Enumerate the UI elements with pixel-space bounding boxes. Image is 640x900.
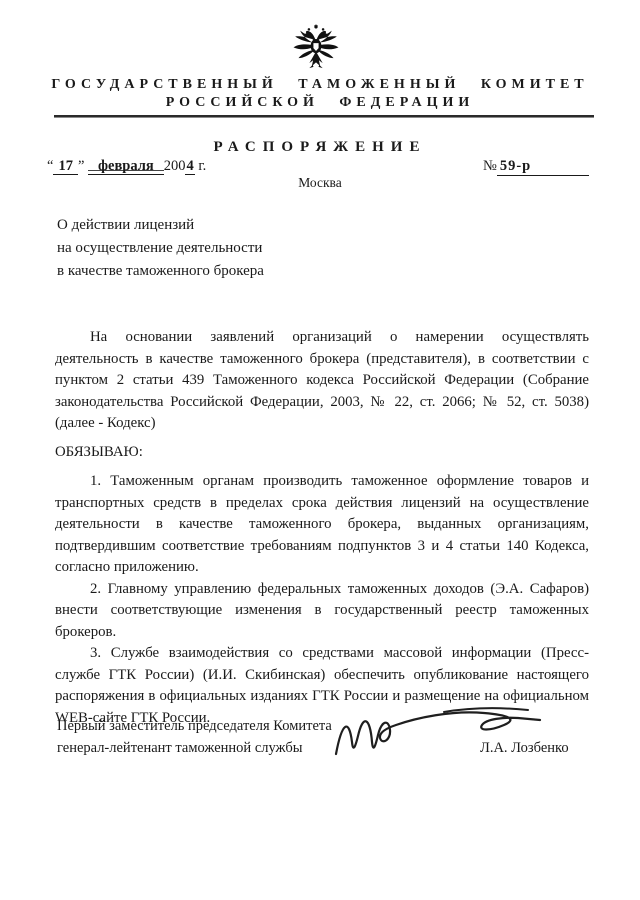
subject-line3: в качестве таможенного брокера — [57, 260, 377, 283]
date-year-prefix: 200 — [164, 158, 186, 174]
document-title: РАСПОРЯЖЕНИЕ — [0, 139, 640, 156]
organization-name-line1: ГОСУДАРСТВЕННЫЙ ТАМОЖЕННЫЙ КОМИТЕТ — [0, 76, 640, 94]
document-subject: О действии лицензий на осуществление дея… — [57, 214, 377, 283]
number-sign: № — [483, 158, 497, 174]
subject-line1: О действии лицензий — [57, 214, 377, 237]
date-year-last-digit: 4 — [185, 158, 194, 175]
city-label: Москва — [0, 175, 640, 191]
subject-line2: на осуществление деятельности — [57, 237, 377, 260]
ordered-item-2: 2. Главному управлению федеральных тамож… — [55, 579, 589, 644]
date-month: февраля — [88, 158, 164, 175]
document-number: 59-р — [497, 158, 589, 176]
document-page: ГОСУДАРСТВЕННЫЙ ТАМОЖЕННЫЙ КОМИТЕТ РОССИ… — [0, 0, 640, 900]
intro-paragraph: На основании заявлений организаций о нам… — [55, 327, 589, 435]
organization-name: ГОСУДАРСТВЕННЫЙ ТАМОЖЕННЫЙ КОМИТЕТ РОССИ… — [0, 76, 640, 112]
date-year-suffix: г. — [198, 158, 206, 174]
directive-word: ОБЯЗЫВАЮ: — [55, 442, 589, 464]
date-line: “17” февраля2004 г. — [47, 158, 206, 175]
document-number-line: №59-р — [483, 158, 589, 176]
signature-block: Первый заместитель председателя Комитета… — [57, 716, 597, 759]
ordered-item-1: 1. Таможенным органам производить таможе… — [55, 471, 589, 579]
date-day: 17 — [53, 158, 78, 175]
double-headed-eagle-icon — [291, 24, 341, 74]
date-close-quote: ” — [78, 158, 84, 174]
organization-name-line2: РОССИЙСКОЙ ФЕДЕРАЦИИ — [0, 94, 640, 112]
header-divider — [54, 115, 594, 118]
document-body: На основании заявлений организаций о нам… — [55, 327, 589, 729]
handwritten-signature — [332, 702, 547, 764]
